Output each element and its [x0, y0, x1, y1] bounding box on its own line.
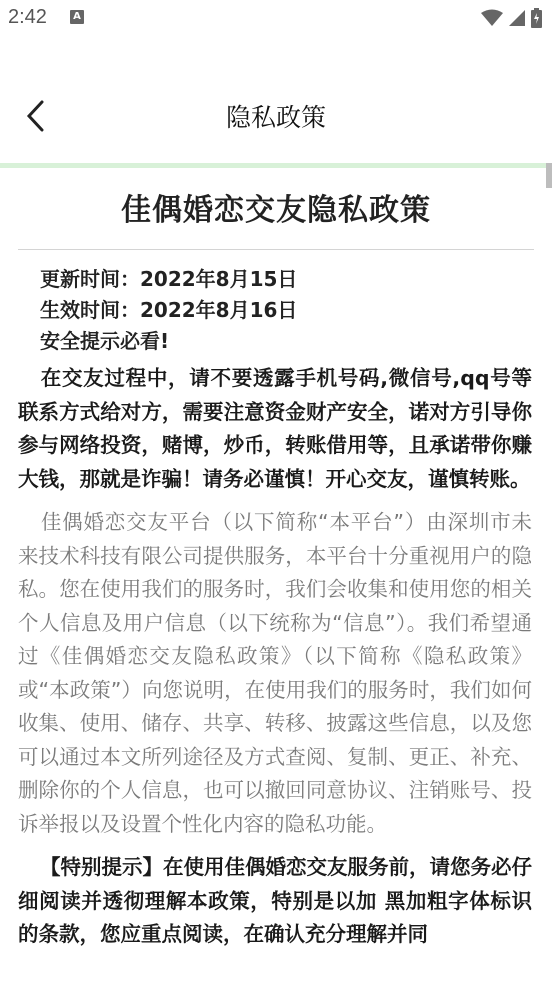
status-time: 2:42 — [8, 6, 47, 29]
app-header: 隐私政策 — [0, 80, 552, 164]
special-notice-text: 【特别提示】在使用佳偶婚恋交友服务前，请您务必仔细阅读并透彻理解本政策，特别是以… — [18, 855, 532, 946]
battery-charging-icon — [531, 8, 542, 28]
status-icons — [481, 8, 542, 28]
safety-heading: 安全提示必看! — [40, 326, 552, 357]
status-bar: 2:42 A — [0, 0, 552, 38]
intro-paragraph: 佳偶婚恋交友平台（以下简称“本平台”）由深圳市未来技术科技有限公司提供服务，本平… — [0, 506, 552, 841]
special-notice-paragraph: 【特别提示】在使用佳偶婚恋交友服务前，请您务必仔细阅读并透彻理解本政策，特别是以… — [0, 851, 552, 952]
policy-content: 佳偶婚恋交友隐私政策 更新时间：2022年8月15日 生效时间：2022年8月1… — [0, 168, 552, 952]
notification-a-icon: A — [70, 10, 84, 24]
wifi-icon — [481, 9, 503, 27]
document-meta: 更新时间：2022年8月15日 生效时间：2022年8月16日 安全提示必看! — [0, 250, 552, 357]
document-title: 佳偶婚恋交友隐私政策 — [0, 185, 552, 229]
effective-date: 生效时间：2022年8月16日 — [40, 295, 552, 326]
intro-text: 佳偶婚恋交友平台（以下简称“本平台”）由深圳市未来技术科技有限公司提供服务，本平… — [18, 510, 532, 836]
signal-icon — [509, 9, 525, 27]
updated-date: 更新时间：2022年8月15日 — [40, 264, 552, 295]
page-title: 隐私政策 — [0, 98, 552, 134]
warning-paragraph: 在交友过程中，请不要透露手机号码,微信号,qq号等联系方式给对方，需要注意资金财… — [0, 362, 552, 496]
warning-text: 在交友过程中，请不要透露手机号码,微信号,qq号等联系方式给对方，需要注意资金财… — [18, 366, 532, 491]
